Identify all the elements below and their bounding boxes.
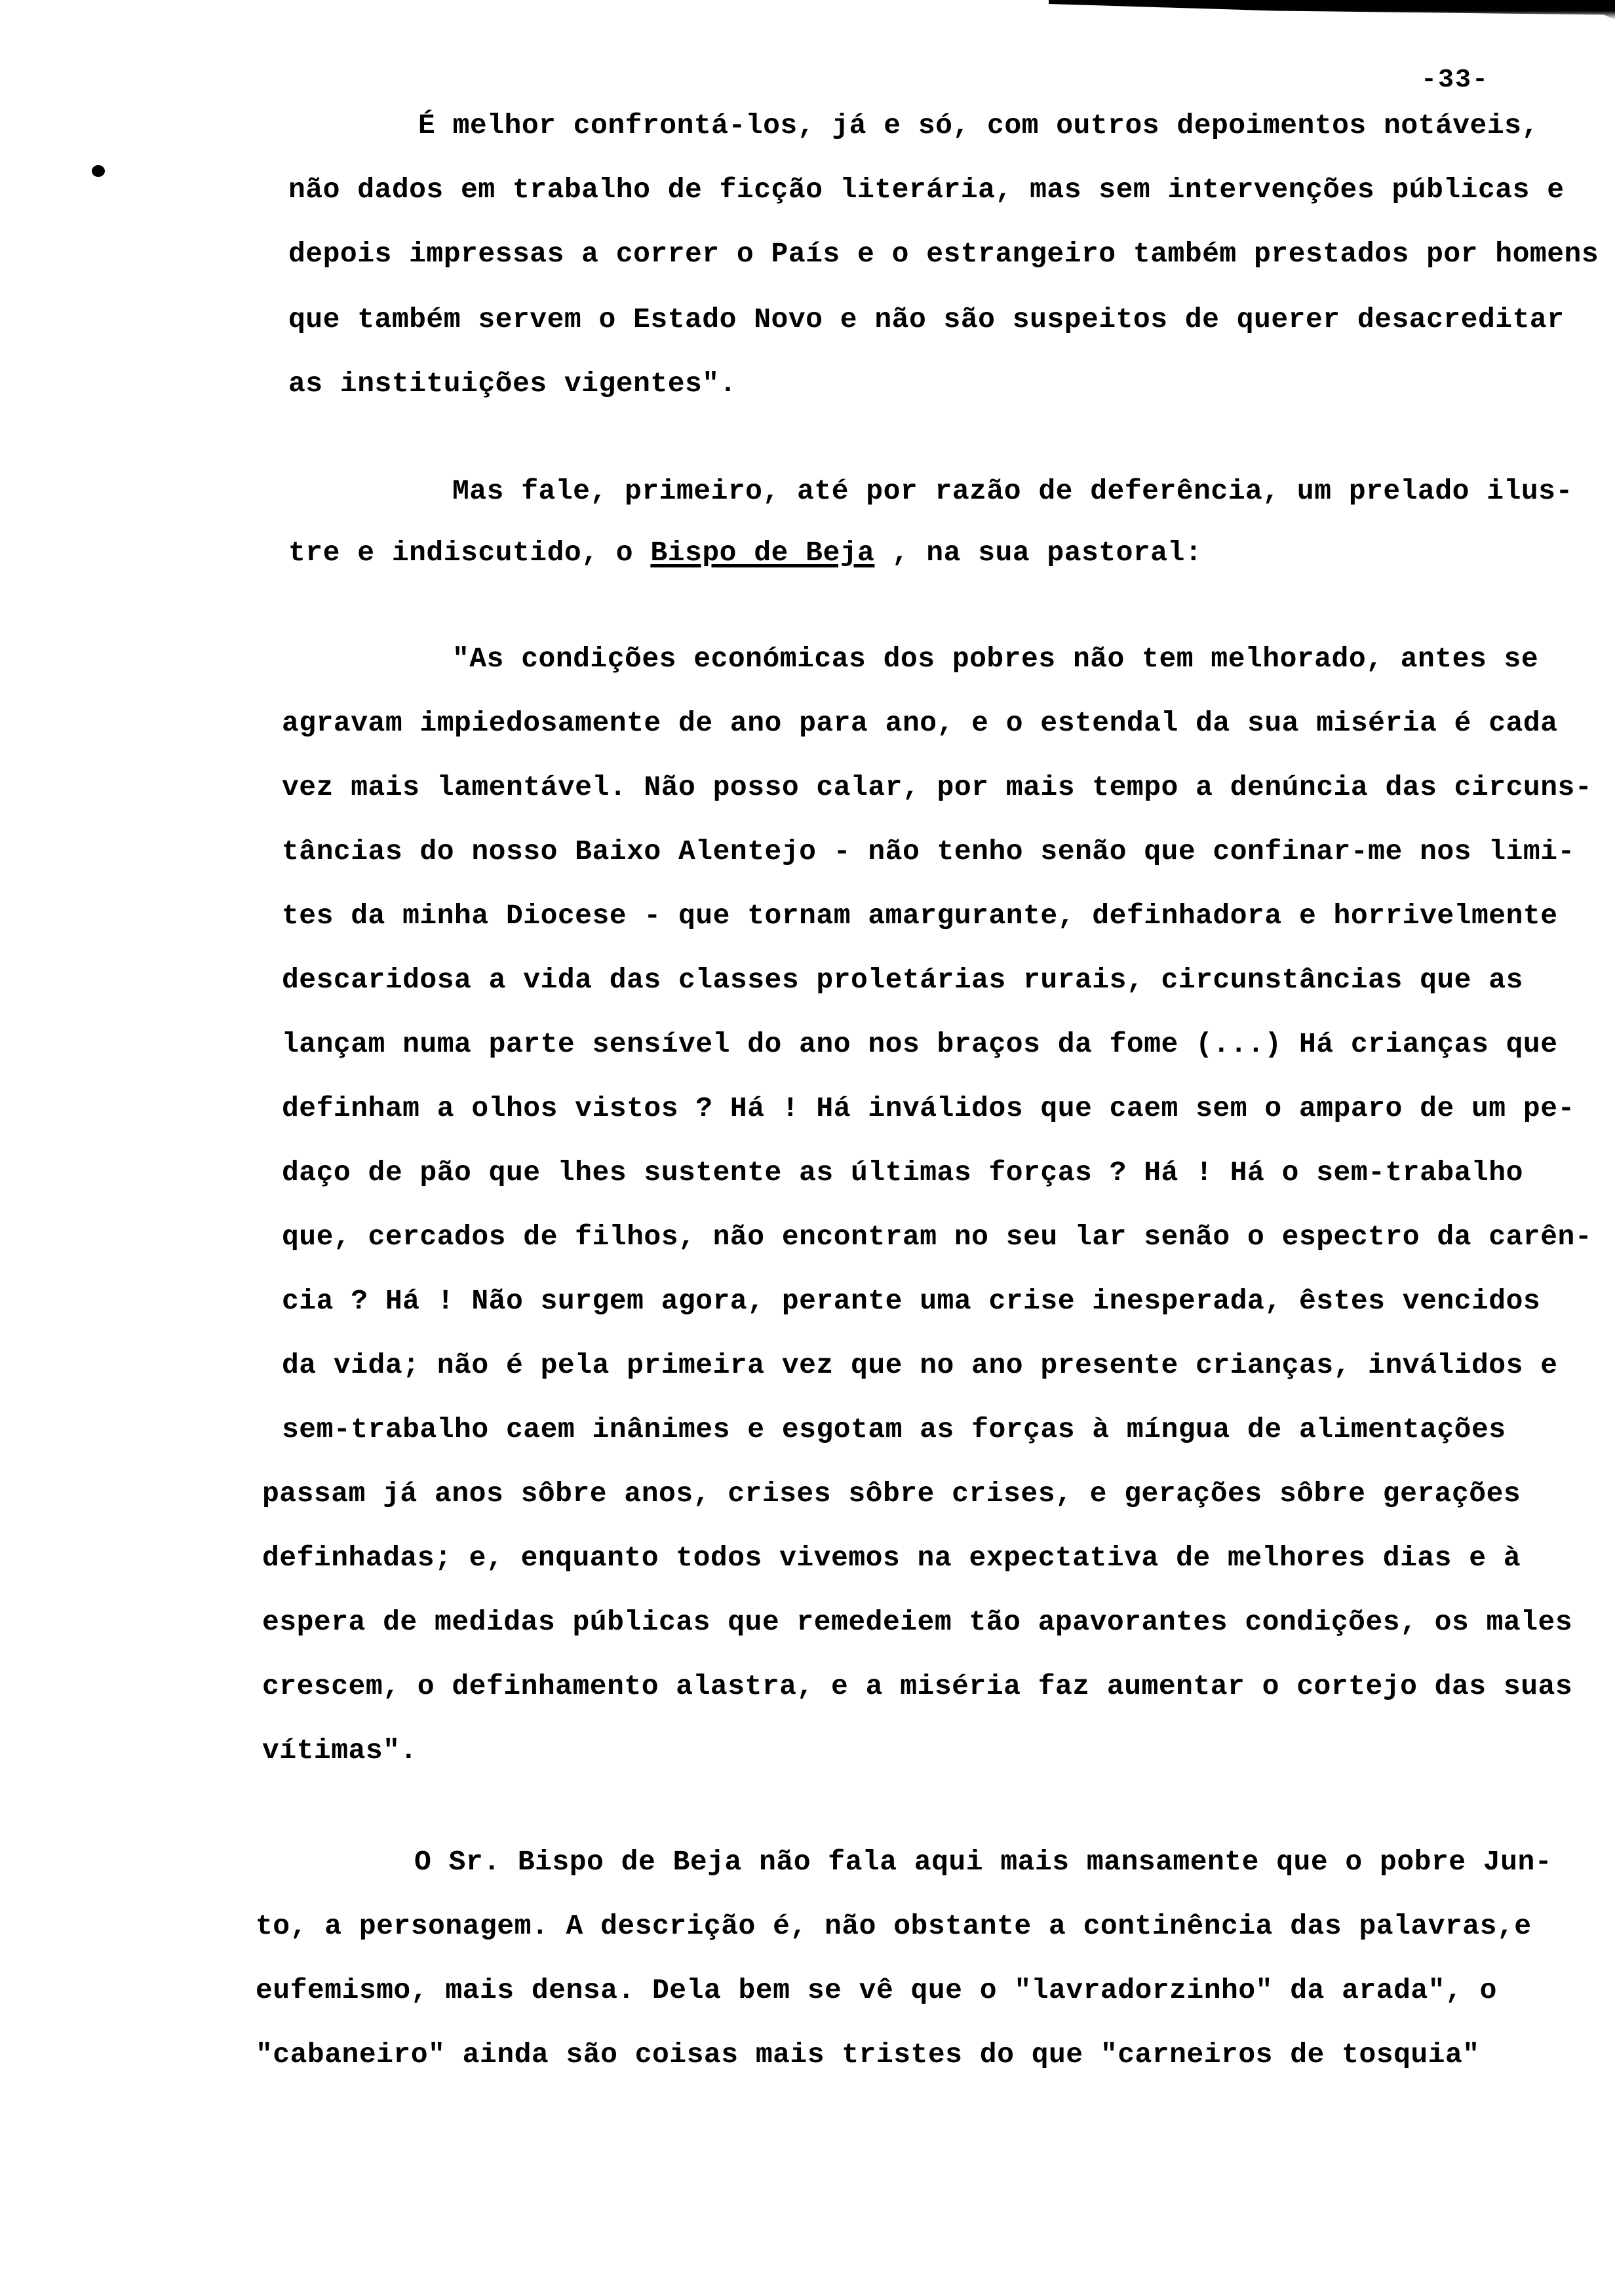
page-number: -33-	[1421, 66, 1489, 95]
text-line: não dados em trabalho de ficção literári…	[288, 176, 1565, 204]
text-line: "cabaneiro" ainda são coisas mais triste…	[256, 2040, 1480, 2069]
text-line: lançam numa parte sensível do ano nos br…	[282, 1030, 1558, 1058]
scan-edge-shadow	[1049, 0, 1615, 20]
text-line: da vida; não é pela primeira vez que no …	[282, 1351, 1558, 1379]
text-line: tes da minha Diocese - que tornam amargu…	[282, 902, 1558, 930]
text-line: sem-trabalho caem inânimes e esgotam as …	[282, 1415, 1506, 1444]
text-line: espera de medidas públicas que remedeiem…	[262, 1608, 1572, 1636]
text-line: daço de pão que lhes sustente as últimas…	[282, 1158, 1523, 1187]
text-line: que também servem o Estado Novo e não sã…	[288, 305, 1565, 334]
text-span: tre e indiscutido, o	[288, 537, 633, 569]
text-line: Mas fale, primeiro, até por razão de def…	[452, 477, 1573, 505]
text-line: definhadas; e, enquanto todos vivemos na…	[262, 1544, 1521, 1572]
text-line: as instituições vigentes".	[288, 370, 737, 398]
text-line: descaridosa a vida das classes proletári…	[282, 966, 1523, 994]
scanned-page: -33- É melhor confrontá-los, já e só, co…	[0, 0, 1615, 2296]
text-line: tre e indiscutido, o Bispo de Beja , na …	[288, 539, 1202, 567]
underlined-name: Bispo de Beja	[650, 537, 874, 569]
text-line: tâncias do nosso Baixo Alentejo - não te…	[282, 837, 1575, 866]
text-span: , na sua pastoral:	[892, 537, 1202, 569]
text-line: depois impressas a correr o País e o est…	[288, 240, 1599, 268]
text-line: que, cercados de filhos, não encontram n…	[282, 1223, 1592, 1251]
margin-ink-dot	[92, 165, 105, 177]
text-line: vez mais lamentável. Não posso calar, po…	[282, 773, 1592, 801]
text-line: eufemismo, mais densa. Dela bem se vê qu…	[256, 1976, 1497, 2004]
text-line: cia ? Há ! Não surgem agora, perante uma…	[282, 1287, 1540, 1315]
text-line: O Sr. Bispo de Beja não fala aqui mais m…	[414, 1848, 1552, 1876]
text-line: passam já anos sôbre anos, crises sôbre …	[262, 1480, 1521, 1508]
text-line: definham a olhos vistos ? Há ! Há inváli…	[282, 1094, 1575, 1122]
text-line: to, a personagem. A descrição é, não obs…	[256, 1912, 1532, 1940]
text-line: vítimas".	[262, 1736, 418, 1765]
text-line: agravam impiedosamente de ano para ano, …	[282, 709, 1558, 737]
text-line: É melhor confrontá-los, já e só, com out…	[418, 111, 1539, 140]
text-line: crescem, o definhamento alastra, e a mis…	[262, 1672, 1572, 1700]
text-line: "As condições económicas dos pobres não …	[452, 645, 1538, 673]
